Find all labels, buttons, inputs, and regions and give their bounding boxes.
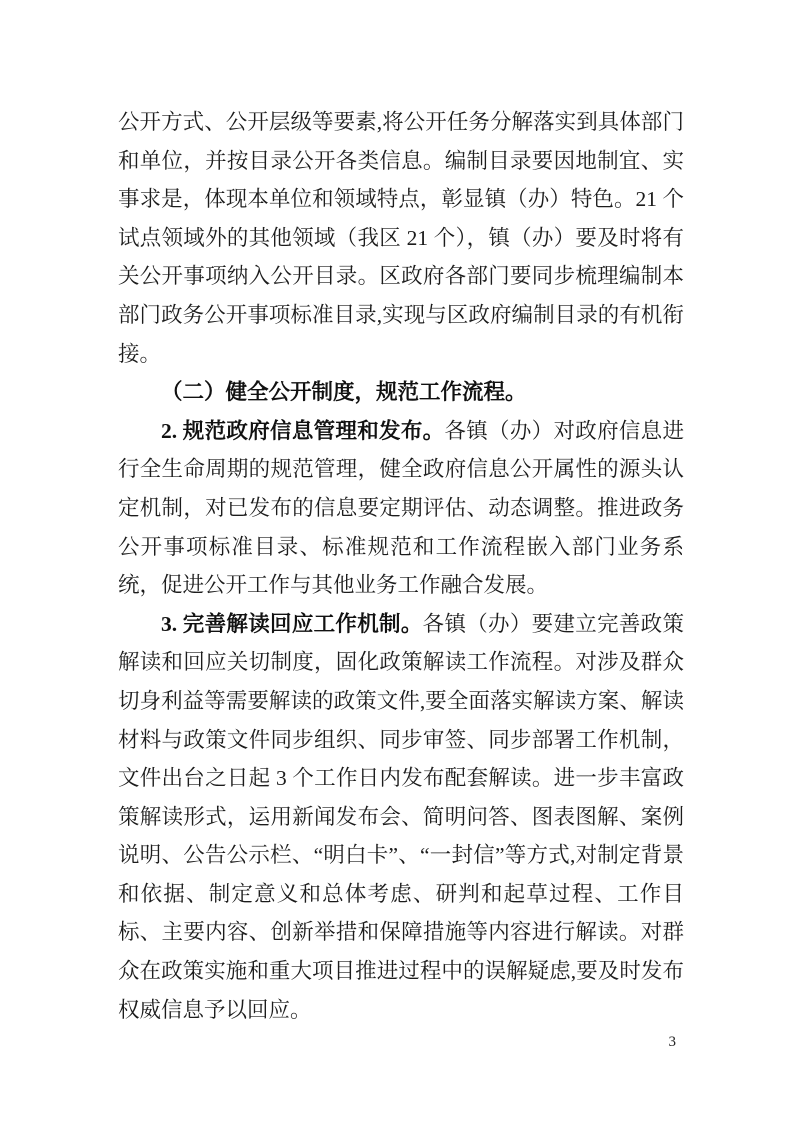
document-page: 公开方式、公开层级等要素,将公开任务分解落实到具体部门和单位，并按目录公开各类信… — [0, 0, 793, 1122]
numbered-paragraph-3-text: 各镇（办）要建立完善政策解读和回应关切制度，固化政策解读工作流程。对涉及群众切身… — [118, 612, 684, 1022]
section-heading: （二）健全公开制度，规范工作流程。 — [118, 373, 684, 412]
numbered-paragraph-2-text: 各镇（办）对政府信息进行全生命周期的规范管理，健全政府信息公开属性的源头认定机制… — [118, 419, 684, 597]
page-number: 3 — [669, 1034, 677, 1051]
numbered-paragraph-2: 2. 规范政府信息管理和发布。各镇（办）对政府信息进行全生命周期的规范管理，健全… — [118, 412, 684, 605]
numbered-paragraph-2-lead: 2. 规范政府信息管理和发布。 — [161, 419, 444, 443]
paragraph-text: 公开方式、公开层级等要素,将公开任务分解落实到具体部门和单位，并按目录公开各类信… — [118, 110, 684, 366]
numbered-paragraph-3: 3. 完善解读回应工作机制。各镇（办）要建立完善政策解读和回应关切制度，固化政策… — [118, 605, 684, 1030]
page-content: 公开方式、公开层级等要素,将公开任务分解落实到具体部门和单位，并按目录公开各类信… — [118, 103, 684, 1029]
paragraph-continuation: 公开方式、公开层级等要素,将公开任务分解落实到具体部门和单位，并按目录公开各类信… — [118, 103, 684, 373]
numbered-paragraph-3-lead: 3. 完善解读回应工作机制。 — [161, 612, 423, 636]
